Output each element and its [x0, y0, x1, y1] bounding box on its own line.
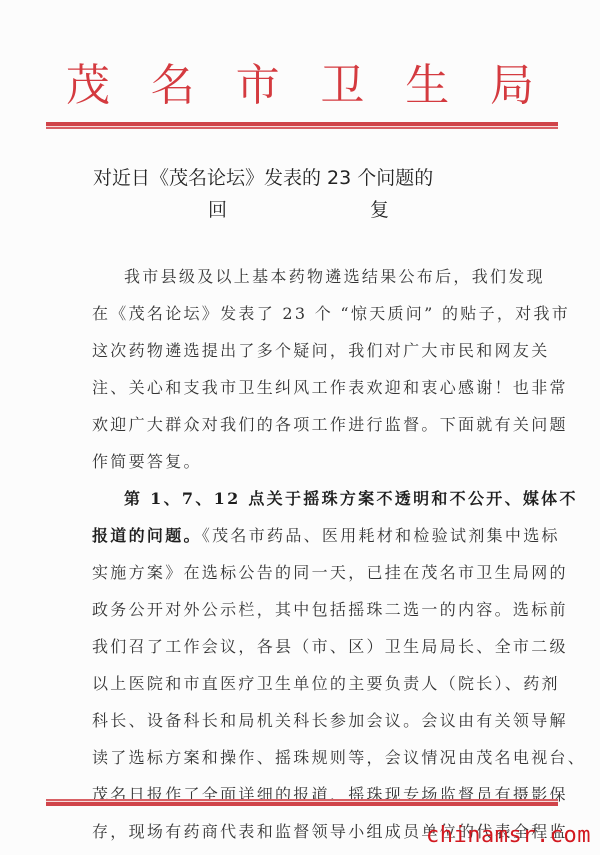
- rule-thick-line: [46, 802, 558, 806]
- document-title-line2-right: 复: [370, 195, 389, 222]
- masthead-char: 局: [484, 58, 540, 114]
- masthead-char: 茂: [60, 58, 116, 114]
- body-line: 注、关心和支我市卫生纠风工作表欢迎和衷心感谢！也非常: [92, 369, 522, 406]
- body-line: 以上医院和市直医疗卫生单位的主要负责人（院长）、药剂: [92, 665, 522, 702]
- body-line: 政务公开对外公示栏，其中包括摇珠二选一的内容。选标前: [92, 591, 522, 628]
- header-red-rule: [46, 122, 558, 129]
- body-line: 这次药物遴选提出了多个疑问，我们对广大市民和网友关: [92, 332, 522, 369]
- document-body: 我市县级及以上基本药物遴选结果公布后，我们发现 在《茂名论坛》发表了 23 个 …: [92, 258, 522, 850]
- body-line: 实施方案》在选标公告的同一天，已挂在茂名市卫生局网的: [92, 554, 522, 591]
- body-line: 欢迎广大群众对我们的各项工作进行监督。下面就有关问题: [92, 406, 522, 443]
- rule-thin-line: [46, 127, 558, 129]
- section-heading-line: 第 1、7、12 点关于摇珠方案不透明和不公开、媒体不: [92, 480, 522, 517]
- body-line: 在《茂名论坛》发表了 23 个 “惊天质问” 的贴子，对我市: [92, 295, 522, 332]
- body-line: 科长、设备科长和局机关科长参加会议。会议由有关领导解: [92, 702, 522, 739]
- masthead-char: 卫: [314, 58, 370, 114]
- section-heading-tail: 报道的问题。: [92, 526, 202, 545]
- body-line: 我们召了工作会议，各县（市、区）卫生局局长、全市二级: [92, 628, 522, 665]
- paragraph-answer-1-7-12: 第 1、7、12 点关于摇珠方案不透明和不公开、媒体不 报道的问题。《茂名市药品…: [92, 480, 522, 850]
- body-text: 《茂名市药品、医用耗材和检验试剂集中选标: [202, 526, 560, 545]
- masthead-title: 茂 名 市 卫 生 局: [60, 58, 540, 114]
- site-watermark: chinamsr.com: [426, 823, 591, 848]
- masthead-char: 生: [399, 58, 455, 114]
- body-line: 报道的问题。《茂名市药品、医用耗材和检验试剂集中选标: [92, 517, 522, 554]
- body-line: 我市县级及以上基本药物遴选结果公布后，我们发现: [92, 258, 522, 295]
- body-line: 作简要答复。: [92, 443, 522, 480]
- paragraph-intro: 我市县级及以上基本药物遴选结果公布后，我们发现 在《茂名论坛》发表了 23 个 …: [92, 258, 522, 480]
- document-title-line1: 对近日《茂名论坛》发表的 23 个问题的: [93, 163, 600, 190]
- footer-red-rule: [46, 799, 558, 806]
- document-title-line2-left: 回: [208, 195, 227, 222]
- masthead-char: 市: [230, 58, 286, 114]
- masthead-char: 名: [145, 58, 201, 114]
- document-page: 茂 名 市 卫 生 局 对近日《茂名论坛》发表的 23 个问题的 回 复 我市县…: [0, 0, 600, 855]
- body-line: 茂名日报作了全面详细的报道，摇珠现专场监督员有摄影保: [92, 776, 522, 813]
- body-line: 读了选标方案和操作、摇珠规则等，会议情况由茂名电视台、: [92, 739, 522, 776]
